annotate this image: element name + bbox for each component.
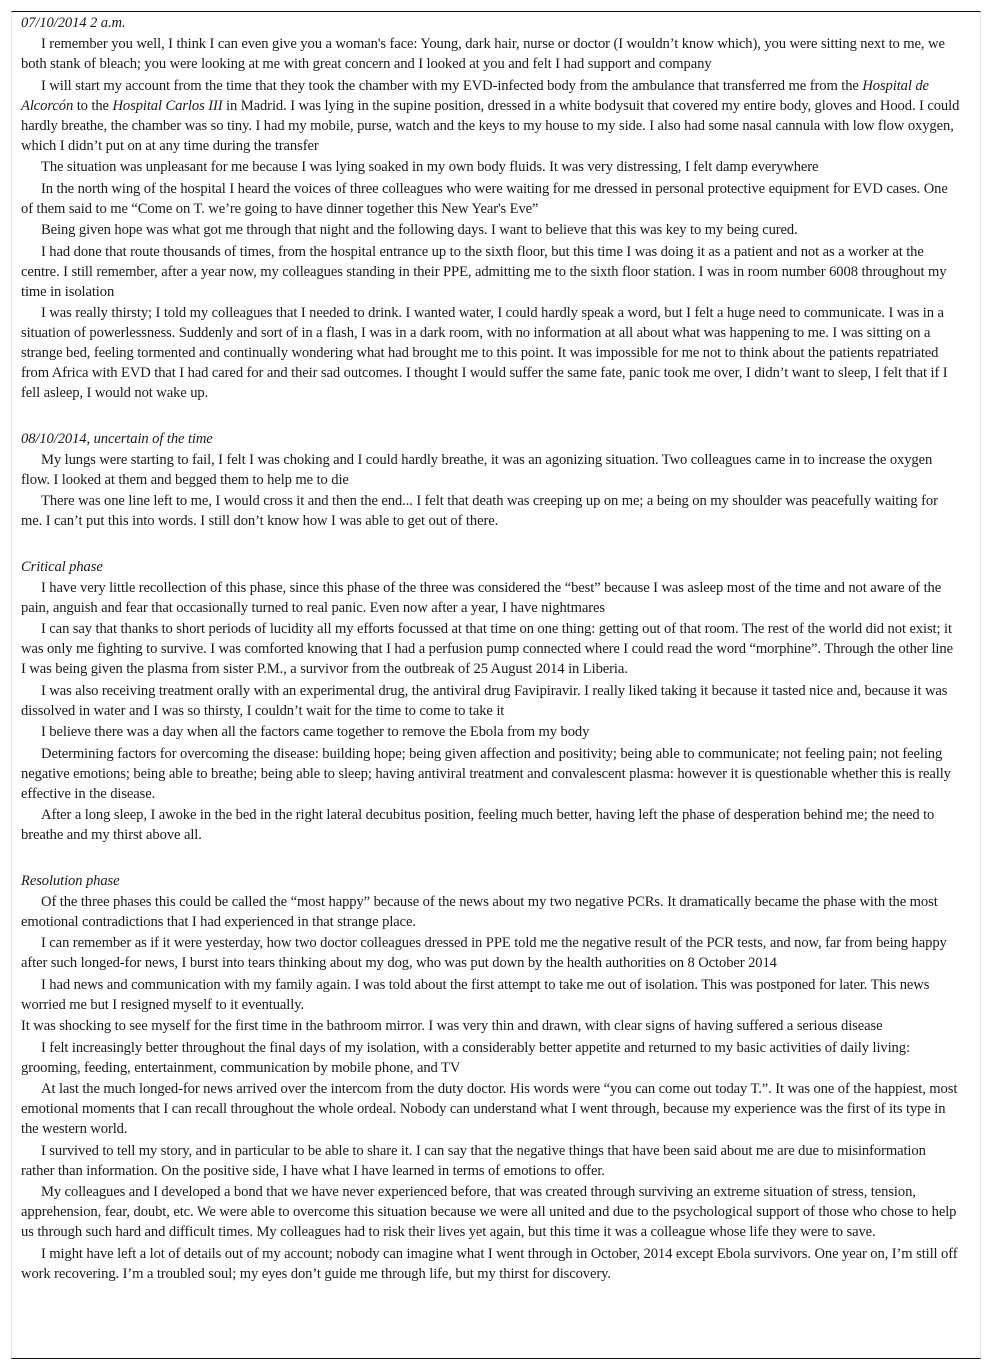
paragraph: It was shocking to see myself for the fi… — [21, 1016, 961, 1036]
paragraph: After a long sleep, I awoke in the bed i… — [21, 805, 961, 845]
paragraph: Determining factors for overcoming the d… — [21, 744, 961, 804]
paragraph: I can say that thanks to short periods o… — [21, 619, 961, 679]
paragraph: There was one line left to me, I would c… — [21, 491, 961, 531]
paragraph: I might have left a lot of details out o… — [21, 1244, 961, 1284]
paragraph: At last the much longed-for news arrived… — [21, 1079, 961, 1139]
paragraph: I remember you well, I think I can even … — [21, 34, 961, 74]
paragraph: I can remember as if it were yesterday, … — [21, 933, 961, 973]
section-heading: 07/10/2014 2 a.m. — [21, 12, 961, 34]
hospital-name-carlos-iii: Hospital Carlos III — [112, 98, 222, 114]
paragraph: I have very little recollection of this … — [21, 578, 961, 618]
paragraph: I felt increasingly better throughout th… — [21, 1038, 961, 1078]
paragraph: Being given hope was what got me through… — [21, 220, 961, 240]
section-heading: 08/10/2014, uncertain of the time — [21, 428, 961, 450]
section-spacer — [21, 533, 961, 556]
section-08-10-2014: 08/10/2014, uncertain of the time My lun… — [21, 428, 961, 532]
section-spacer — [21, 847, 961, 870]
section-07-10-2014: 07/10/2014 2 a.m. I remember you well, I… — [21, 12, 961, 403]
testimony-text-block: 07/10/2014 2 a.m. I remember you well, I… — [21, 12, 961, 1285]
paragraph: I was really thirsty; I told my colleagu… — [21, 303, 961, 403]
paragraph: My colleagues and I developed a bond tha… — [21, 1182, 961, 1242]
section-resolution-phase: Resolution phase Of the three phases thi… — [21, 870, 961, 1284]
paragraph: I survived to tell my story, and in part… — [21, 1141, 961, 1181]
section-heading: Resolution phase — [21, 870, 961, 892]
paragraph: I will start my account from the time th… — [21, 76, 961, 156]
paragraph-text: I will start my account from the time th… — [41, 78, 862, 94]
paragraph: Of the three phases this could be called… — [21, 892, 961, 932]
paragraph-text: to the — [73, 98, 112, 114]
section-heading: Critical phase — [21, 556, 961, 578]
paragraph: I believe there was a day when all the f… — [21, 722, 961, 742]
section-critical-phase: Critical phase I have very little recoll… — [21, 556, 961, 846]
paragraph: I was also receiving treatment orally wi… — [21, 681, 961, 721]
paragraph: My lungs were starting to fail, I felt I… — [21, 450, 961, 490]
paragraph: The situation was unpleasant for me beca… — [21, 157, 961, 177]
paragraph: I had done that route thousands of times… — [21, 242, 961, 302]
paragraph: In the north wing of the hospital I hear… — [21, 179, 961, 219]
paragraph: I had news and communication with my fam… — [21, 975, 961, 1015]
section-spacer — [21, 405, 961, 428]
